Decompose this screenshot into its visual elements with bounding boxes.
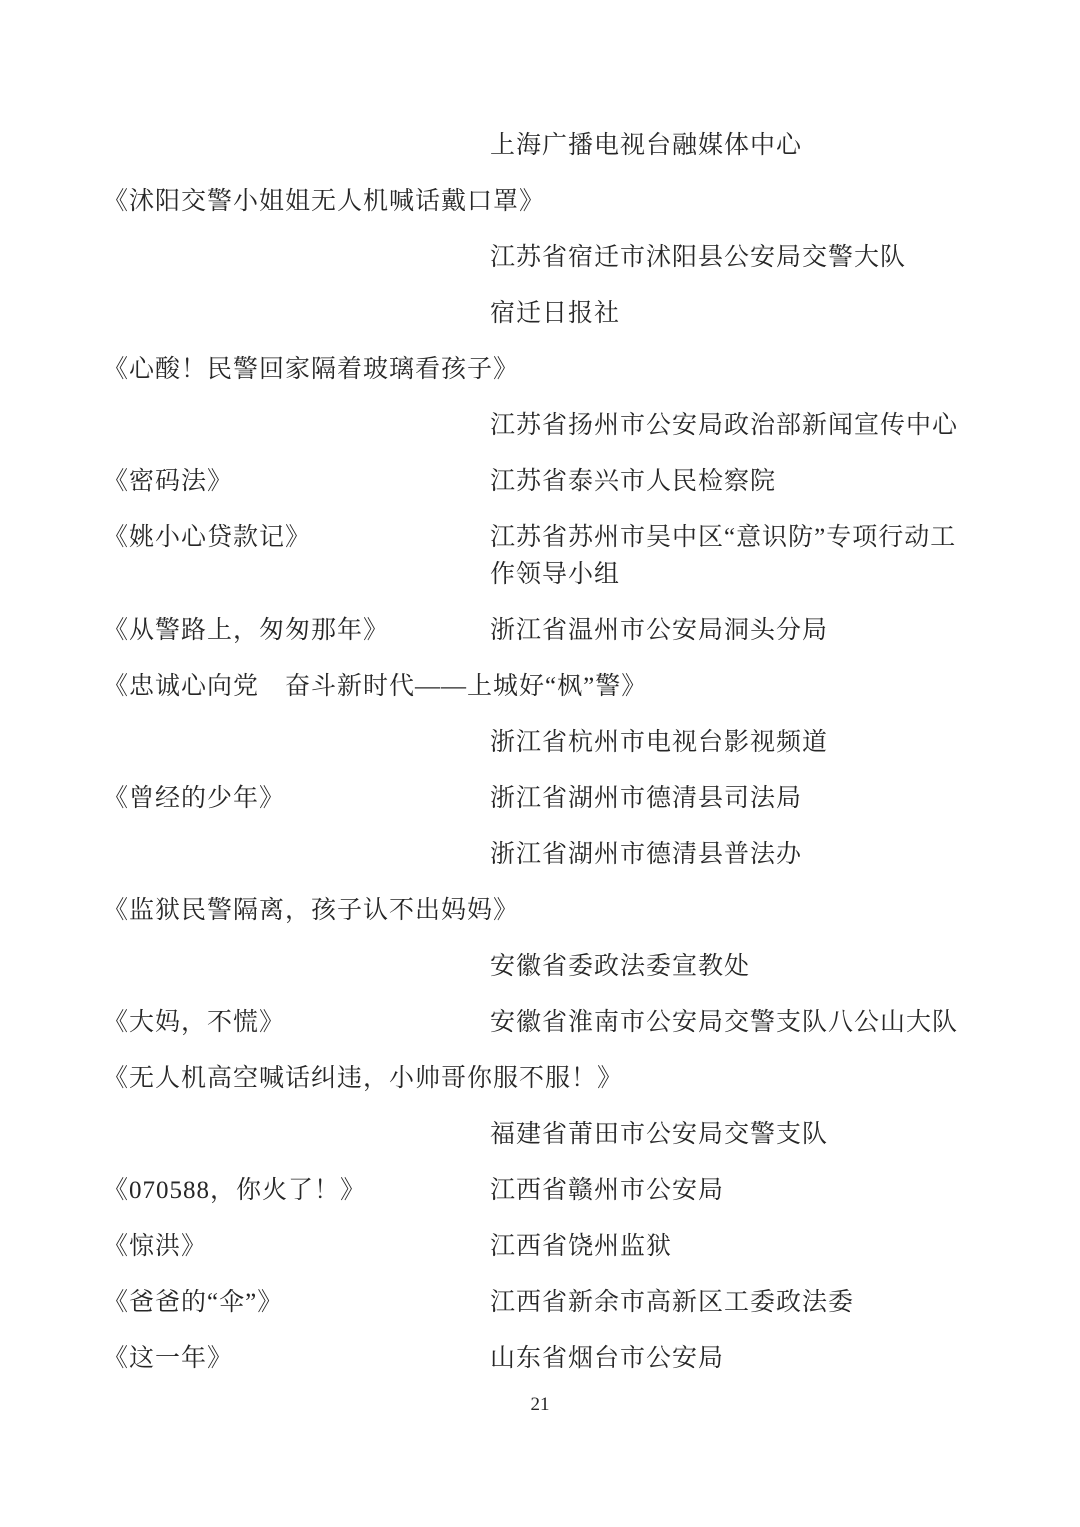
- list-row: 《监狱民警隔离，孩子认不出妈妈》: [103, 892, 983, 929]
- page-number: 21: [0, 1392, 1080, 1418]
- list-row: 《无人机高空喊话纠违，小帅哥你服不服！》: [103, 1060, 983, 1097]
- entry-org: 江西省饶州监狱: [490, 1228, 974, 1265]
- entry-title: 《无人机高空喊话纠违，小帅哥你服不服！》: [103, 1060, 490, 1097]
- entry-title: 《沭阳交警小姐姐无人机喊话戴口罩》: [103, 183, 490, 220]
- entry-title: 《这一年》: [103, 1340, 490, 1377]
- list-row: 江苏省扬州市公安局政治部新闻宣传中心: [103, 407, 983, 444]
- list-row: 福建省莆田市公安局交警支队: [103, 1116, 983, 1153]
- list-row: 《姚小心贷款记》 江苏省苏州市吴中区“意识防”专项行动工作领导小组: [103, 519, 983, 593]
- list-row: 《忠诚心向党 奋斗新时代——上城好“枫”警》: [103, 668, 983, 705]
- entry-org: 上海广播电视台融媒体中心: [490, 127, 974, 164]
- entry-title: 《大妈，不慌》: [103, 1004, 490, 1041]
- list-row: 浙江省湖州市德清县普法办: [103, 836, 983, 873]
- entry-org: 江西省新余市高新区工委政法委: [490, 1284, 974, 1321]
- list-row: 《密码法》 江苏省泰兴市人民检察院: [103, 463, 983, 500]
- entry-org: 浙江省湖州市德清县普法办: [490, 836, 974, 873]
- list-row: 江苏省宿迁市沭阳县公安局交警大队: [103, 239, 983, 276]
- entry-org: 安徽省淮南市公安局交警支队八公山大队: [490, 1004, 974, 1041]
- entry-title: 《姚小心贷款记》: [103, 519, 490, 556]
- entry-org: 江苏省苏州市吴中区“意识防”专项行动工作领导小组: [490, 519, 974, 593]
- list-row: 上海广播电视台融媒体中心: [103, 127, 983, 164]
- entry-org: 福建省莆田市公安局交警支队: [490, 1116, 974, 1153]
- list-row: 宿迁日报社: [103, 295, 983, 332]
- entry-title: 《心酸！民警回家隔着玻璃看孩子》: [103, 351, 490, 388]
- list-row: 《这一年》 山东省烟台市公安局: [103, 1340, 983, 1377]
- entry-org: 江苏省扬州市公安局政治部新闻宣传中心: [490, 407, 974, 444]
- entry-title: 《爸爸的“伞”》: [103, 1284, 490, 1321]
- list-row: 安徽省委政法委宣教处: [103, 948, 983, 985]
- entry-title: 《惊洪》: [103, 1228, 490, 1265]
- entry-org: 山东省烟台市公安局: [490, 1340, 974, 1377]
- entry-org: 浙江省杭州市电视台影视频道: [490, 724, 974, 761]
- entry-org: 浙江省湖州市德清县司法局: [490, 780, 974, 817]
- entry-title: 《070588，你火了！》: [103, 1172, 490, 1209]
- list-row: 《爸爸的“伞”》 江西省新余市高新区工委政法委: [103, 1284, 983, 1321]
- list-row: 《大妈，不慌》 安徽省淮南市公安局交警支队八公山大队: [103, 1004, 983, 1041]
- entry-title: 《密码法》: [103, 463, 490, 500]
- entry-title: 《监狱民警隔离，孩子认不出妈妈》: [103, 892, 490, 929]
- list-row: 《心酸！民警回家隔着玻璃看孩子》: [103, 351, 983, 388]
- list-row: 《曾经的少年》 浙江省湖州市德清县司法局: [103, 780, 983, 817]
- list-row: 《070588，你火了！》 江西省赣州市公安局: [103, 1172, 983, 1209]
- award-list: 上海广播电视台融媒体中心 《沭阳交警小姐姐无人机喊话戴口罩》 江苏省宿迁市沭阳县…: [103, 127, 983, 1396]
- list-row: 《从警路上，匆匆那年》 浙江省温州市公安局洞头分局: [103, 612, 983, 649]
- entry-org: 江苏省泰兴市人民检察院: [490, 463, 974, 500]
- entry-org: 江苏省宿迁市沭阳县公安局交警大队: [490, 239, 974, 276]
- entry-org: 江西省赣州市公安局: [490, 1172, 974, 1209]
- entry-title: 《从警路上，匆匆那年》: [103, 612, 490, 649]
- entry-title: 《曾经的少年》: [103, 780, 490, 817]
- entry-org: 浙江省温州市公安局洞头分局: [490, 612, 974, 649]
- list-row: 浙江省杭州市电视台影视频道: [103, 724, 983, 761]
- entry-org: 宿迁日报社: [490, 295, 974, 332]
- entry-org: 安徽省委政法委宣教处: [490, 948, 974, 985]
- document-page: 上海广播电视台融媒体中心 《沭阳交警小姐姐无人机喊话戴口罩》 江苏省宿迁市沭阳县…: [0, 0, 1080, 1527]
- entry-title: 《忠诚心向党 奋斗新时代——上城好“枫”警》: [103, 668, 490, 705]
- list-row: 《沭阳交警小姐姐无人机喊话戴口罩》: [103, 183, 983, 220]
- list-row: 《惊洪》 江西省饶州监狱: [103, 1228, 983, 1265]
